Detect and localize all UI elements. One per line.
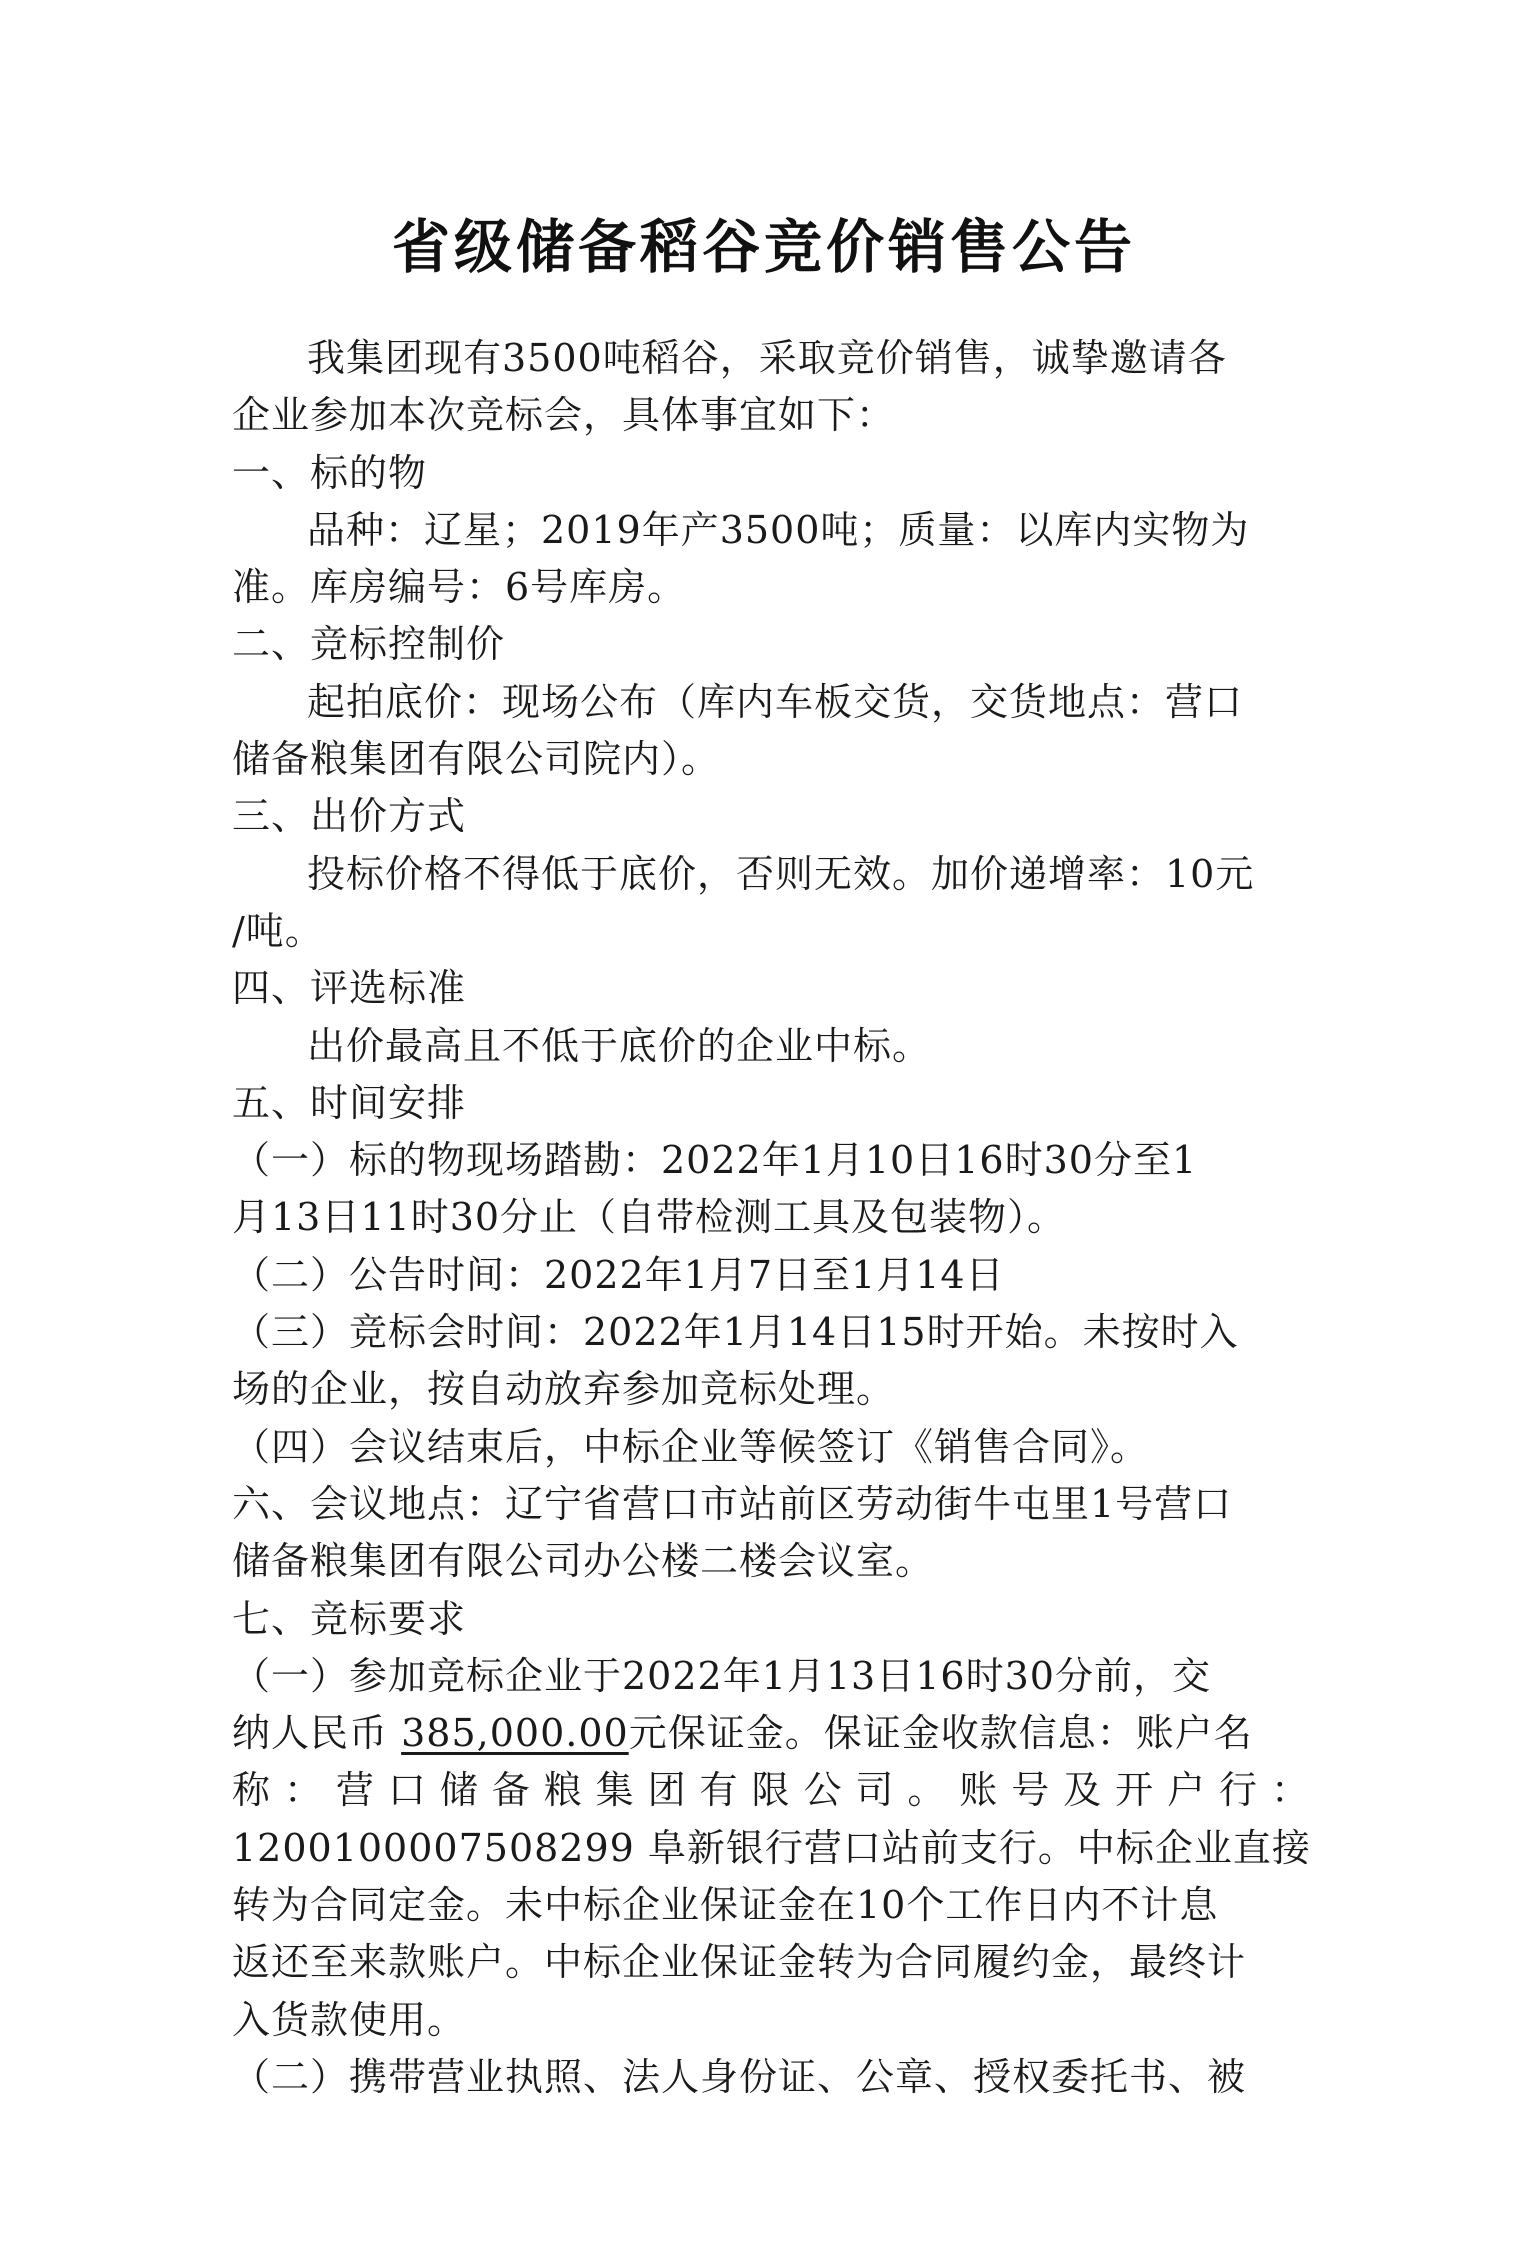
paragraph-line: 起拍底价：现场公布（库内车板交货，交货地点：营口 — [232, 674, 1310, 731]
requirement-line: 纳人民币 385,000.00元保证金。保证金收款信息：账户名 — [232, 1705, 1310, 1762]
requirement-line: 返还至来款账户。中标企业保证金转为合同履约金，最终计 — [232, 1934, 1310, 1991]
requirement-line: （二）携带营业执照、法人身份证、公章、授权委托书、被 — [232, 2049, 1310, 2106]
section-heading: 七、竞标要求 — [232, 1591, 1310, 1648]
intro-line: 企业参加本次竞标会，具体事宜如下： — [232, 387, 1310, 444]
schedule-line: 场的企业，按自动放弃参加竞标处理。 — [232, 1361, 1310, 1418]
paragraph-line: /吨。 — [232, 903, 1310, 960]
requirement-line: 1200100007508299 阜新银行营口站前支行。中标企业直接 — [232, 1820, 1310, 1877]
requirement-line: 称：营口储备粮集团有限公司。账号及开户行： — [232, 1762, 1310, 1819]
paragraph-line: 投标价格不得低于底价，否则无效。加价递增率：10元 — [232, 846, 1310, 903]
paragraph-line: 品种：辽星；2019年产3500吨；质量：以库内实物为 — [232, 502, 1310, 559]
requirement-text: 纳人民币 — [232, 1711, 388, 1755]
paragraph-line: 出价最高且不低于底价的企业中标。 — [232, 1018, 1310, 1075]
intro-line: 我集团现有3500吨稻谷，采取竞价销售，诚挚邀请各 — [232, 330, 1310, 387]
document-body: 我集团现有3500吨稻谷，采取竞价销售，诚挚邀请各 企业参加本次竞标会，具体事宜… — [232, 330, 1310, 2106]
section-heading: 四、评选标准 — [232, 960, 1310, 1017]
section-heading: 五、时间安排 — [232, 1075, 1310, 1132]
paragraph-line: 储备粮集团有限公司办公楼二楼会议室。 — [232, 1533, 1310, 1590]
schedule-line: （四）会议结束后，中标企业等候签订《销售合同》。 — [232, 1419, 1310, 1476]
section-heading: 三、出价方式 — [232, 788, 1310, 845]
schedule-line: 月13日11时30分止（自带检测工具及包装物）。 — [232, 1189, 1310, 1246]
section-heading: 二、竞标控制价 — [232, 616, 1310, 673]
schedule-line: （一）标的物现场踏勘：2022年1月10日16时30分至1 — [232, 1132, 1310, 1189]
requirement-line: 入货款使用。 — [232, 1992, 1310, 2049]
section-heading: 一、标的物 — [232, 445, 1310, 502]
section-heading: 六、会议地点：辽宁省营口市站前区劳动街牛屯里1号营口 — [232, 1476, 1310, 1533]
requirement-line: （一）参加竞标企业于2022年1月13日16时30分前，交 — [232, 1648, 1310, 1705]
document-page: 省级储备稻谷竞价销售公告 我集团现有3500吨稻谷，采取竞价销售，诚挚邀请各 企… — [0, 0, 1528, 2268]
schedule-line: （三）竞标会时间：2022年1月14日15时开始。未按时入 — [232, 1304, 1310, 1361]
deposit-amount: 385,000.00 — [401, 1711, 629, 1755]
document-title: 省级储备稻谷竞价销售公告 — [0, 200, 1528, 284]
requirement-line: 转为合同定金。未中标企业保证金在10个工作日内不计息 — [232, 1877, 1310, 1934]
paragraph-line: 准。库房编号：6号库房。 — [232, 559, 1310, 616]
schedule-line: （二）公告时间：2022年1月7日至1月14日 — [232, 1247, 1310, 1304]
paragraph-line: 储备粮集团有限公司院内）。 — [232, 731, 1310, 788]
requirement-text: 元保证金。保证金收款信息：账户名 — [629, 1711, 1253, 1755]
